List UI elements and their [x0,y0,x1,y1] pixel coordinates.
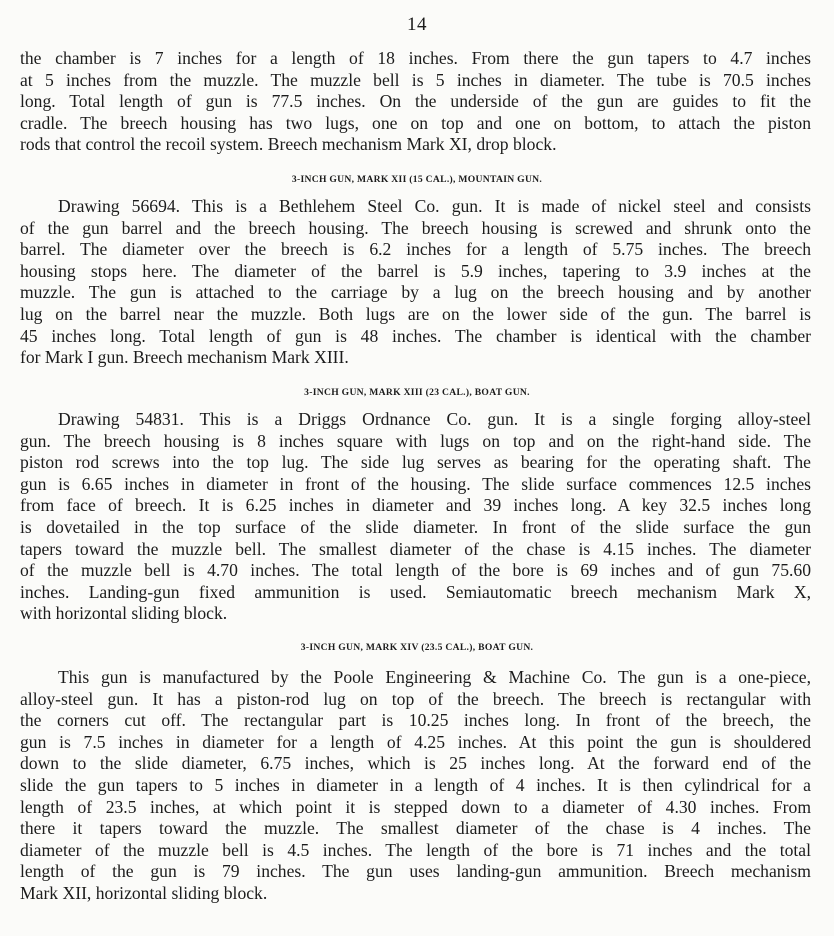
text-line: slide the gun tapers to 5 inches in diam… [20,775,811,797]
section-paragraph-mark-xiv: This gun is manufactured by the Poole En… [20,667,811,905]
text-line: diameter of the muzzle bell is 4.5 inche… [20,840,811,862]
text-line: This gun is manufactured by the Poole En… [20,667,811,689]
text-line: at 5 inches from the muzzle. The muzzle … [20,70,811,92]
document-page: 14 the chamber is 7 inches for a length … [0,0,834,936]
text-line: of the muzzle bell is 4.70 inches. The t… [20,560,811,582]
text-line: gun is 6.65 inches in diameter in front … [20,474,811,496]
text-line: gun. The breech housing is 8 inches squa… [20,431,811,453]
text-line: housing stops here. The diameter of the … [20,261,811,283]
text-line: is dovetailed in the top surface of the … [20,517,811,539]
section-heading-mark-xiii: 3-INCH GUN, MARK XIII (23 CAL.), BOAT GU… [0,387,834,398]
text-line: Drawing 54831. This is a Driggs Ordnance… [20,409,811,431]
text-line: lug on the barrel near the muzzle. Both … [20,304,811,326]
text-line: there it tapers toward the muzzle. The s… [20,818,811,840]
text-line: rods that control the recoil system. Bre… [20,134,811,156]
continuation-paragraph: the chamber is 7 inches for a length of … [20,48,811,156]
text-line: tapers toward the muzzle bell. The small… [20,539,811,561]
text-line: Mark XII, horizontal sliding block. [20,883,811,905]
text-line: the chamber is 7 inches for a length of … [20,48,811,70]
page-number: 14 [0,14,834,36]
text-line: Drawing 56694. This is a Bethlehem Steel… [20,196,811,218]
text-line: 45 inches long. Total length of gun is 4… [20,326,811,348]
section-paragraph-mark-xii: Drawing 56694. This is a Bethlehem Steel… [20,196,811,369]
section-heading-mark-xii: 3-INCH GUN, MARK XII (15 CAL.), MOUNTAIN… [0,174,834,185]
text-line: length of 23.5 inches, at which point it… [20,797,811,819]
section-heading-mark-xiv: 3-INCH GUN, MARK XIV (23.5 CAL.), BOAT G… [0,642,834,653]
text-line: for Mark I gun. Breech mechanism Mark XI… [20,347,811,369]
text-line: length of the gun is 79 inches. The gun … [20,861,811,883]
text-line: alloy-steel gun. It has a piston-rod lug… [20,689,811,711]
text-line: cradle. The breech housing has two lugs,… [20,113,811,135]
text-line: of the gun barrel and the breech housing… [20,218,811,240]
text-line: inches. Landing-gun fixed ammunition is … [20,582,811,604]
text-line: barrel. The diameter over the breech is … [20,239,811,261]
section-paragraph-mark-xiii: Drawing 54831. This is a Driggs Ordnance… [20,409,811,625]
text-line: gun is 7.5 inches in diameter for a leng… [20,732,811,754]
text-line: with horizontal sliding block. [20,603,811,625]
text-line: long. Total length of gun is 77.5 inches… [20,91,811,113]
text-line: piston rod screws into the top lug. The … [20,452,811,474]
text-line: muzzle. The gun is attached to the carri… [20,282,811,304]
text-line: the corners cut off. The rectangular par… [20,710,811,732]
text-line: down to the slide diameter, 6.75 inches,… [20,753,811,775]
text-line: from face of breech. It is 6.25 inches i… [20,495,811,517]
